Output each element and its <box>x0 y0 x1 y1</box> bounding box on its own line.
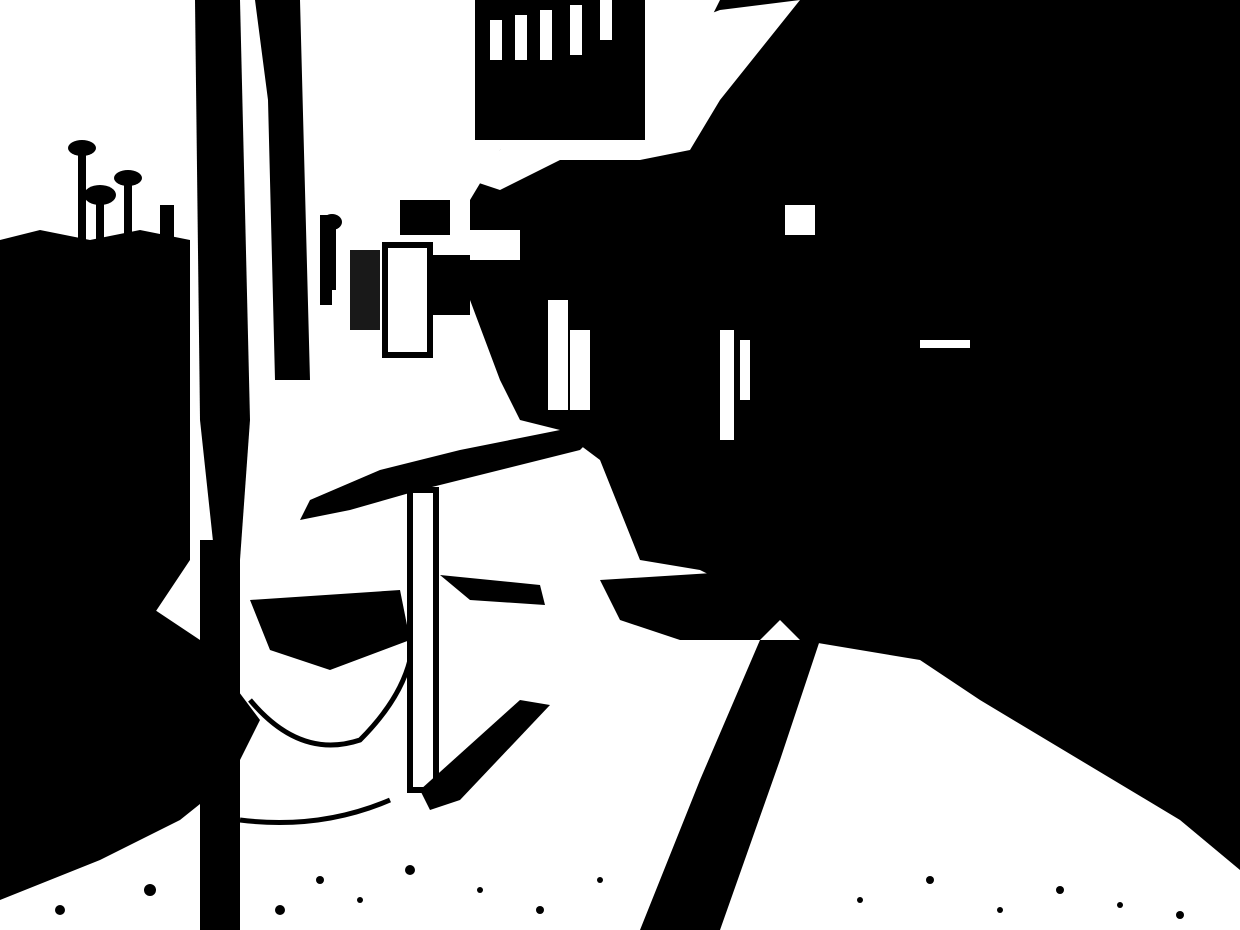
street-scene-photo <box>0 0 1240 930</box>
building-facade <box>475 0 645 140</box>
